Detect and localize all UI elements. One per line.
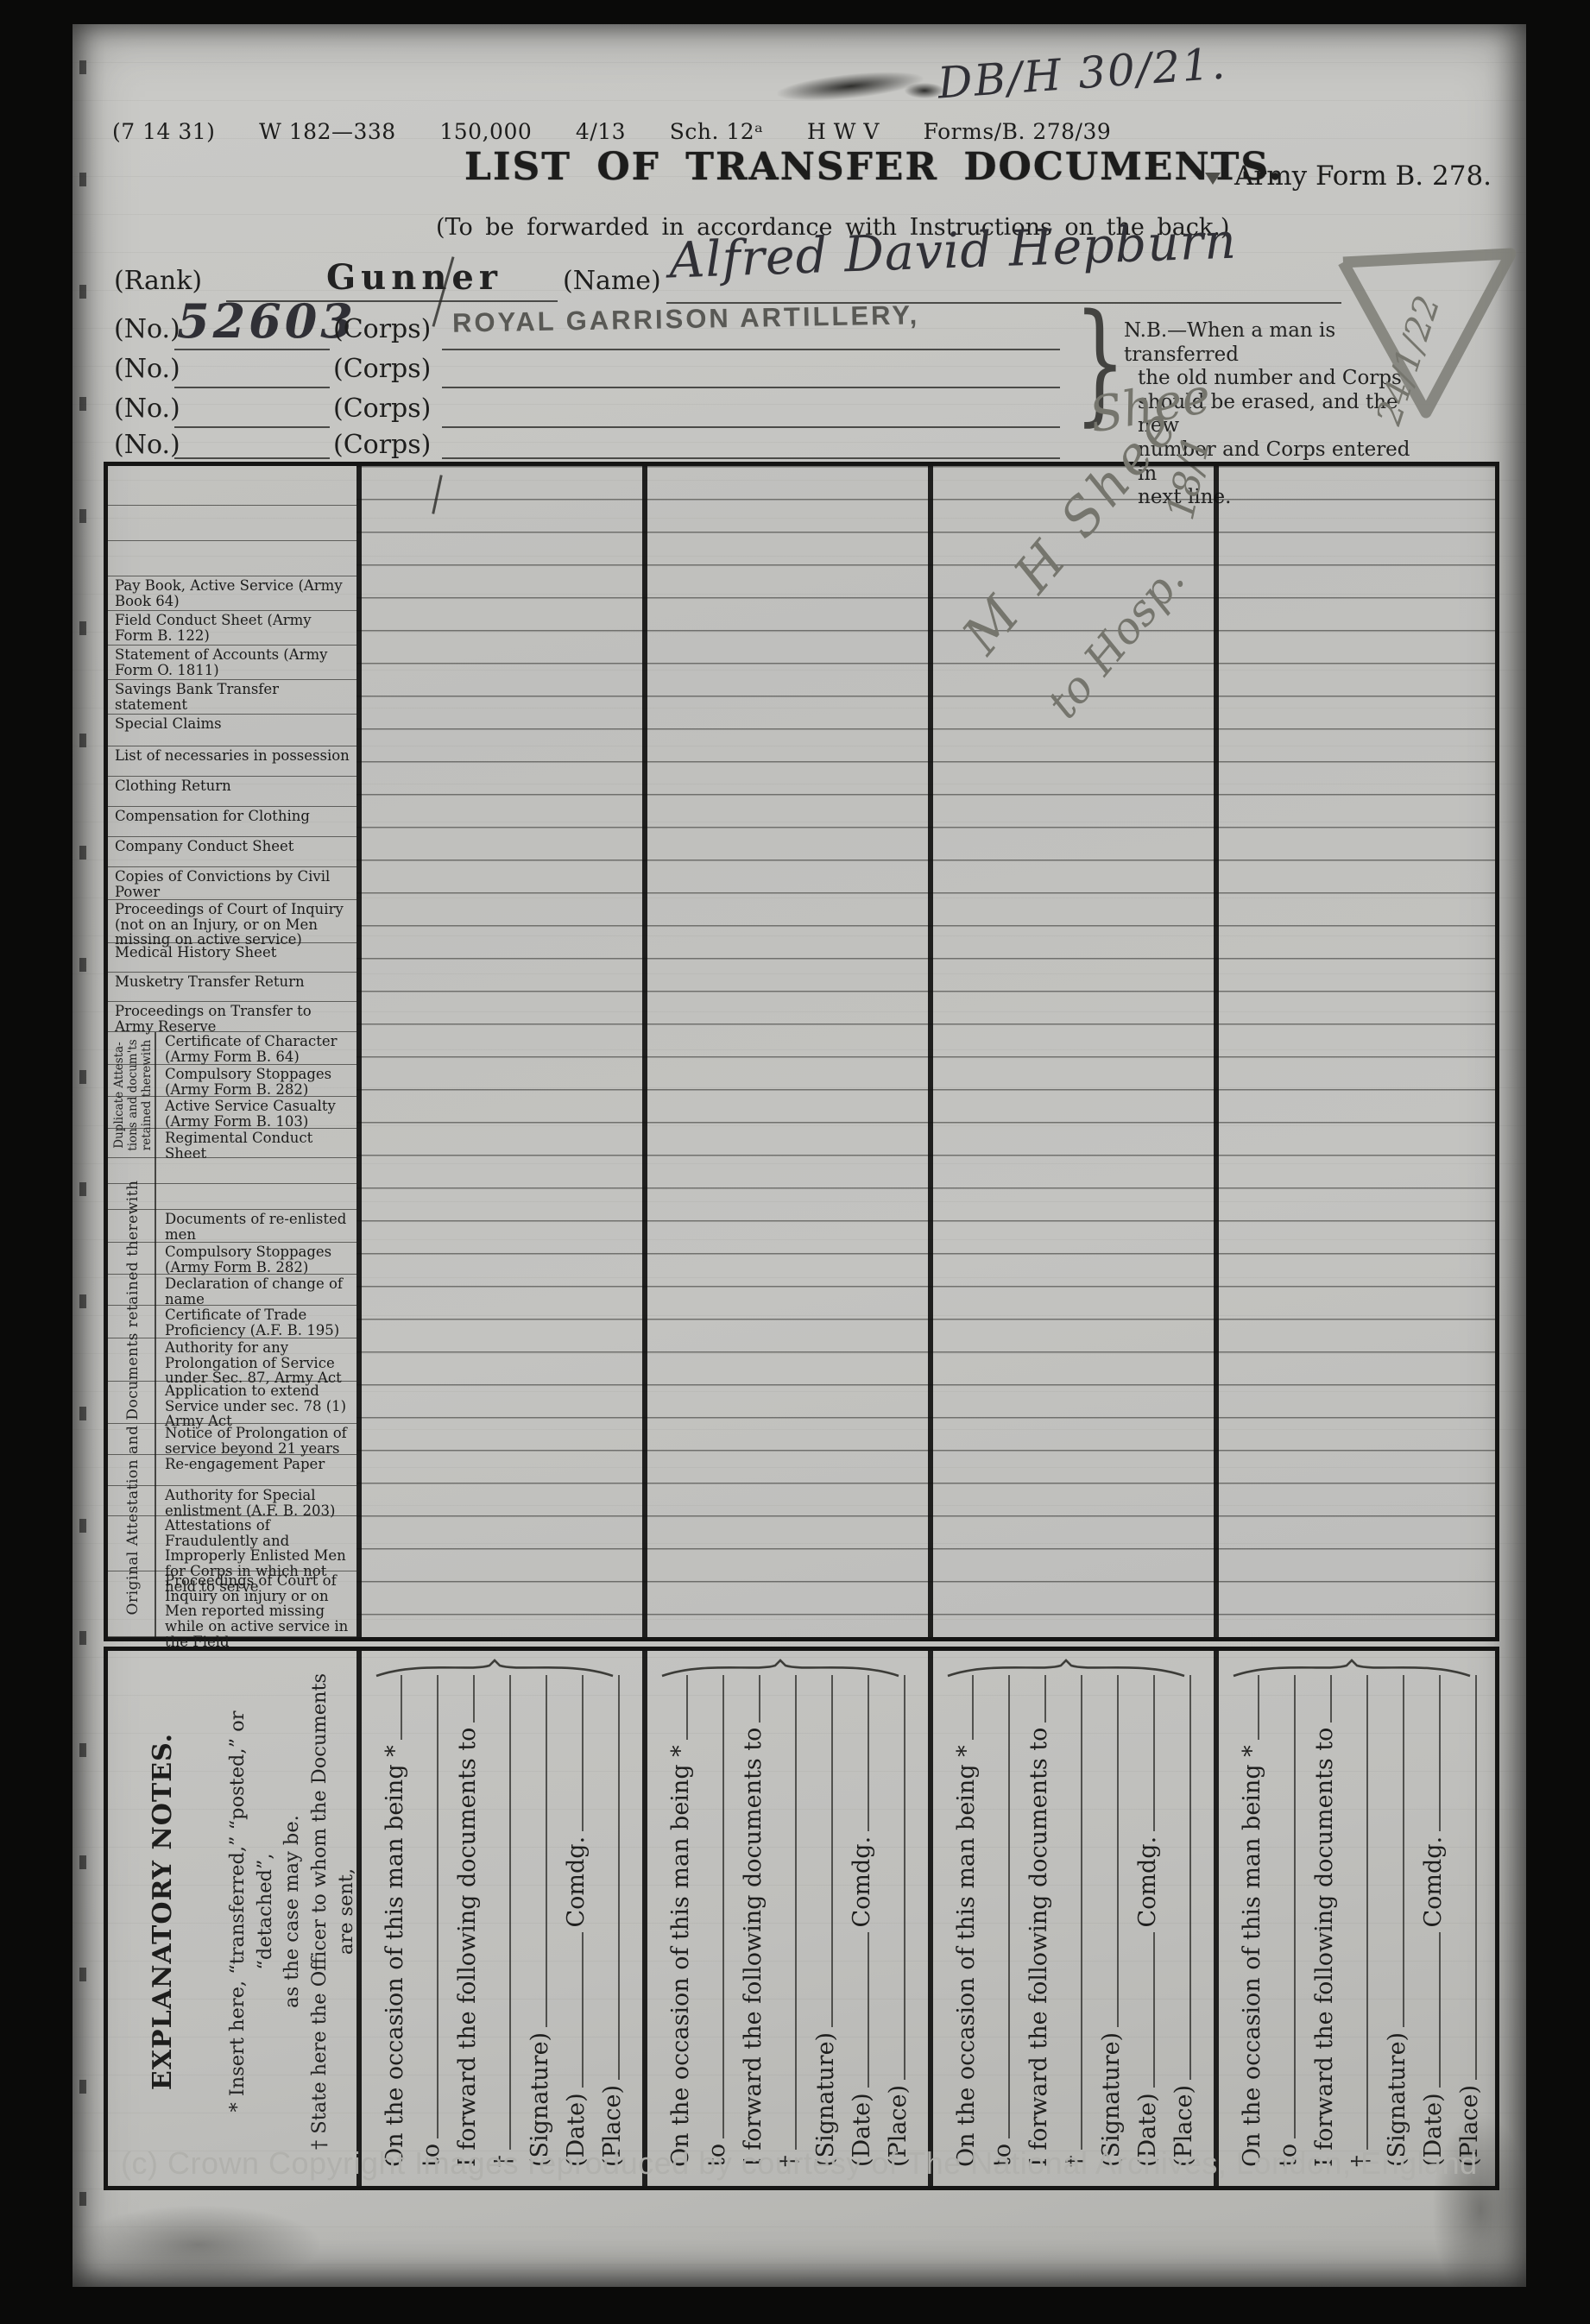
row-label: Documents of re-enlisted men xyxy=(165,1212,353,1242)
transfer-line-label: I forward the following documents to xyxy=(1025,1728,1052,2167)
transfer-line: † xyxy=(481,1671,517,2167)
fill-rule xyxy=(1081,1675,1082,2151)
transfer-line-label: On the occasion of this man being * xyxy=(953,1745,980,2167)
transfer-column: On the occasion of this man being *toI f… xyxy=(372,1671,631,2167)
row-label: Proceedings on Transfer to Army Reserve xyxy=(115,1004,353,1034)
table-row: Company Conduct Sheet xyxy=(108,837,356,867)
group-label-dup: Duplicate Attesta-tions and docum'ts ret… xyxy=(111,1032,155,1158)
row-label: Clothing Return xyxy=(115,778,353,794)
transfer-line: (Date)Comdg. xyxy=(1410,1671,1447,2167)
scanned-document-page: { "document": { "imprint": "(7 14 31) W … xyxy=(0,0,1590,2324)
transfer-line-label: On the occasion of this man being * xyxy=(667,1745,694,2167)
footnote-dagger: † State here the Officer to whom the Doc… xyxy=(306,1665,361,2158)
printers-mark-icon xyxy=(1205,173,1221,185)
corps-label: (Corps) xyxy=(333,394,431,424)
footnote-star-line2: as the case may be. xyxy=(279,1665,306,2158)
transfer-line-label: I forward the following documents to xyxy=(740,1728,767,2167)
fill-rule xyxy=(473,1675,475,1723)
transfer-line: to xyxy=(980,1671,1016,2167)
row-label: Active Service Casualty (Army Form B. 10… xyxy=(165,1099,353,1129)
fill-rule xyxy=(509,1675,511,2151)
column-divider xyxy=(356,1651,362,2186)
no-label: (No.) xyxy=(114,354,180,384)
no-label: (No.) xyxy=(114,314,180,344)
no-value-handwriting: 52603 xyxy=(177,293,356,349)
corps-label: (Corps) xyxy=(333,430,431,460)
column-divider xyxy=(356,466,362,1637)
corps-label: (Corps) xyxy=(333,354,431,384)
explanatory-notes-cell: EXPLANATORY NOTES. * Insert here, “trans… xyxy=(122,1665,355,2158)
transfer-line: On the occasion of this man being * xyxy=(1229,1671,1265,2167)
transfer-line: (Signature) xyxy=(517,1671,553,2167)
document-title: LIST OF TRANSFER DOCUMENTS. xyxy=(464,145,1284,189)
corps-underline xyxy=(442,426,1060,428)
fill-rule xyxy=(795,1675,797,2151)
group-label-text: Original Attestation and Documents retai… xyxy=(124,1181,142,1615)
transfer-line: (Place) xyxy=(1161,1671,1197,2167)
corps-underline xyxy=(442,457,1060,459)
binding-spine xyxy=(79,60,86,2218)
fill-rule xyxy=(1258,1675,1259,1740)
row-label: Proceedings of Court of Inquiry (not on … xyxy=(115,902,353,948)
fill-rule xyxy=(437,1675,439,2138)
fill-rule xyxy=(1330,1675,1332,1723)
row-label: Application to extend Service under sec.… xyxy=(165,1383,353,1429)
transfer-line: On the occasion of this man being * xyxy=(943,1671,980,2167)
row-label: Medical History Sheet xyxy=(115,945,353,960)
comdg-label: Comdg. xyxy=(1420,1836,1447,1928)
printer-imprint: (7 14 31) W 182—338 150,000 4/13 Sch. 12… xyxy=(112,119,1111,144)
table-row: List of necessaries in possession xyxy=(108,746,356,777)
row-label: Compensation for Clothing xyxy=(115,809,353,824)
rank-label: (Rank) xyxy=(114,266,202,296)
row-label: Copies of Convictions by Civil Power xyxy=(115,869,353,899)
row-label: Field Conduct Sheet (Army Form B. 122) xyxy=(115,613,353,643)
fill-rule xyxy=(722,1675,724,2138)
row-label: Authority for Special enlistment (A.F. B… xyxy=(165,1488,353,1518)
corps-underline xyxy=(442,349,1060,350)
fill-rule xyxy=(1475,1675,1477,2080)
documents-table: Pay Book, Active Service (Army Book 64)F… xyxy=(104,462,1499,1641)
row-label: Compulsory Stoppages (Army Form B. 282) xyxy=(165,1067,353,1097)
transfer-line: (Place) xyxy=(590,1671,626,2167)
no-underline xyxy=(174,457,330,459)
fill-rule xyxy=(686,1675,688,1740)
table-row: Copies of Convictions by Civil Power xyxy=(108,867,356,900)
comdg-label: Comdg. xyxy=(1134,1836,1161,1928)
transfer-line-label: I forward the following documents to xyxy=(454,1728,481,2167)
fill-rule xyxy=(1403,1675,1404,2027)
row-label: Proceedings of Court of Inquiry on injur… xyxy=(165,1573,353,1649)
transfer-line: I forward the following documents to xyxy=(1302,1671,1338,2167)
table-row: Proceedings on Transfer to Army Reserve xyxy=(108,1002,356,1032)
no-label: (No.) xyxy=(114,394,180,424)
fill-rule xyxy=(1153,1675,1155,1831)
column-divider xyxy=(1214,466,1219,1637)
fill-rule xyxy=(972,1675,974,1740)
transfer-line: (Signature) xyxy=(803,1671,839,2167)
transfer-column: On the occasion of this man being *toI f… xyxy=(658,1671,917,2167)
transfer-line: I forward the following documents to xyxy=(730,1671,767,2167)
fill-rule xyxy=(831,1675,833,2027)
row-label: Special Claims xyxy=(115,716,353,732)
row-label: Declaration of change of name xyxy=(165,1276,353,1307)
fill-rule xyxy=(1189,1675,1191,2080)
transfer-line-label: On the occasion of this man being * xyxy=(1239,1745,1265,2167)
group-separator xyxy=(155,1032,156,1158)
row-label: Pay Book, Active Service (Army Book 64) xyxy=(115,578,353,608)
group-separator xyxy=(155,1158,156,1637)
no-underline xyxy=(174,426,330,428)
corps-label: (Corps) xyxy=(333,314,431,344)
fill-rule xyxy=(582,1675,584,1831)
table-row: Field Conduct Sheet (Army Form B. 122) xyxy=(108,611,356,646)
transfer-line: (Signature) xyxy=(1374,1671,1410,2167)
transfer-line: (Date)Comdg. xyxy=(839,1671,875,2167)
table-row: Compensation for Clothing xyxy=(108,807,356,837)
row-label: Savings Bank Transfer statement xyxy=(115,682,353,712)
transfer-column: On the occasion of this man being *toI f… xyxy=(943,1671,1202,2167)
rank-value-stamp: Gunner xyxy=(326,257,502,298)
no-label: (No.) xyxy=(114,430,180,460)
corner-shade-bottom-left xyxy=(78,2206,319,2283)
fill-rule xyxy=(401,1675,402,1740)
fill-rule xyxy=(618,1675,620,2080)
fill-rule xyxy=(904,1675,905,2080)
transfer-line: † xyxy=(767,1671,803,2167)
row-label: Compulsory Stoppages (Army Form B. 282) xyxy=(165,1244,353,1275)
table-row: Medical History Sheet xyxy=(108,943,356,973)
table-row xyxy=(108,541,356,576)
corps-underline xyxy=(442,387,1060,388)
transfer-line: (Date)Comdg. xyxy=(1125,1671,1161,2167)
table-row: Proceedings of Court of Inquiry (not on … xyxy=(108,900,356,943)
row-label: Certificate of Character (Army Form B. 6… xyxy=(165,1034,353,1064)
fill-rule xyxy=(546,1675,547,2027)
transfer-line: I forward the following documents to xyxy=(445,1671,481,2167)
column-divider xyxy=(928,1651,933,2186)
table-row: Musketry Transfer Return xyxy=(108,973,356,1002)
explanatory-notes-title: EXPLANATORY NOTES. xyxy=(148,1665,178,2158)
table-row: Statement of Accounts (Army Form O. 1811… xyxy=(108,646,356,680)
name-label: (Name) xyxy=(563,266,661,296)
column-divider xyxy=(642,466,647,1637)
transfer-line: to xyxy=(408,1671,445,2167)
transfer-line: (Date)Comdg. xyxy=(553,1671,590,2167)
transfer-line: to xyxy=(1265,1671,1302,2167)
row-label: Re-engagement Paper xyxy=(165,1457,353,1472)
row-label: Certificate of Trade Proficiency (A.F. B… xyxy=(165,1307,353,1338)
transfer-column: On the occasion of this man being *toI f… xyxy=(1229,1671,1488,2167)
form-reference: Army Form B. 278. xyxy=(1234,161,1492,192)
column-divider xyxy=(1214,1651,1219,2186)
no-underline xyxy=(174,387,330,388)
table-row: Pay Book, Active Service (Army Book 64) xyxy=(108,576,356,611)
transfer-line: (Place) xyxy=(875,1671,912,2167)
transfer-line: (Signature) xyxy=(1088,1671,1125,2167)
table-data-area xyxy=(356,466,1495,1637)
comdg-label: Comdg. xyxy=(563,1836,590,1928)
fill-rule xyxy=(868,1675,869,1831)
transfer-footer-box: EXPLANATORY NOTES. * Insert here, “trans… xyxy=(104,1647,1499,2190)
fill-rule xyxy=(1153,1932,1155,2088)
fill-rule xyxy=(1044,1675,1046,1723)
fill-rule xyxy=(1439,1675,1441,1831)
table-row: Savings Bank Transfer statement xyxy=(108,680,356,715)
transfer-line: † xyxy=(1338,1671,1374,2167)
transfer-line: to xyxy=(694,1671,730,2167)
table-row xyxy=(108,506,356,541)
row-label: Notice of Prolongation of service beyond… xyxy=(165,1426,353,1456)
table-row xyxy=(108,466,356,506)
transfer-line: I forward the following documents to xyxy=(1016,1671,1052,2167)
crown-copyright-watermark: (c) Crown Copyright Images reproduced by… xyxy=(121,2145,1478,2182)
row-label: Authority for any Prolongation of Servic… xyxy=(165,1340,353,1386)
transfer-line: † xyxy=(1052,1671,1088,2167)
fill-rule xyxy=(1439,1932,1441,2088)
table-row: Clothing Return xyxy=(108,777,356,807)
corner-shade-bottom-right xyxy=(1433,2114,1528,2304)
fill-rule xyxy=(759,1675,760,1723)
transfer-line: (Place) xyxy=(1447,1671,1483,2167)
transfer-line: On the occasion of this man being * xyxy=(372,1671,408,2167)
fill-rule xyxy=(1008,1675,1010,2138)
row-label: Regimental Conduct Sheet xyxy=(165,1131,353,1161)
row-label: Musketry Transfer Return xyxy=(115,974,353,990)
row-label: List of necessaries in possession xyxy=(115,748,353,764)
comdg-label: Comdg. xyxy=(849,1836,875,1928)
no-underline xyxy=(174,349,330,350)
transfer-line-label: I forward the following documents to xyxy=(1311,1728,1338,2167)
group-label-text: Duplicate Attesta-tions and docum'ts ret… xyxy=(112,1032,155,1158)
transfer-line-label: On the occasion of this man being * xyxy=(382,1745,408,2167)
fill-rule xyxy=(582,1932,584,2088)
row-label: Statement of Accounts (Army Form O. 1811… xyxy=(115,647,353,677)
fill-rule xyxy=(1117,1675,1119,2027)
footnote-star-line1: * Insert here, “transferred,” “posted,” … xyxy=(224,1665,279,2158)
fill-rule xyxy=(1366,1675,1368,2151)
fill-rule xyxy=(868,1932,869,2088)
column-divider xyxy=(642,1651,647,2186)
column-divider xyxy=(928,466,933,1637)
group-label-orig: Original Attestation and Documents retai… xyxy=(111,1158,155,1637)
transfer-line: On the occasion of this man being * xyxy=(658,1671,694,2167)
row-label: Company Conduct Sheet xyxy=(115,839,353,854)
table-row: Special Claims xyxy=(108,715,356,746)
fill-rule xyxy=(1294,1675,1296,2138)
